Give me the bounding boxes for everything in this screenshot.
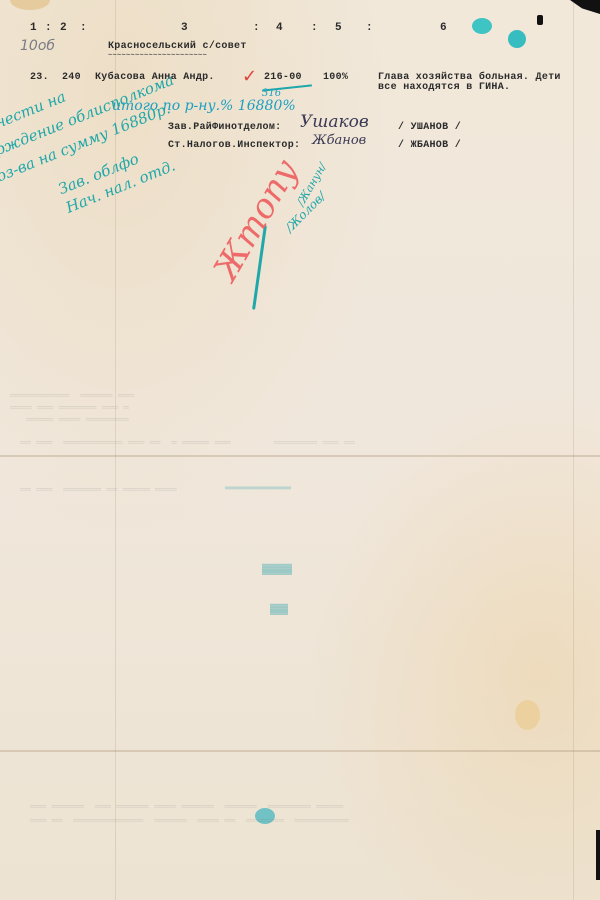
- ink-blot: [508, 30, 526, 48]
- entry-remark-line2: все находятся в ГИНА.: [378, 82, 510, 93]
- column-separator: :: [253, 22, 260, 34]
- fold-line-horizontal: [0, 455, 600, 457]
- bleed-through-text: ═══════════ ══════ ═══ ════ ═══ ═══════ …: [10, 390, 134, 426]
- entry-percent: 100%: [323, 72, 348, 83]
- column-number-1: 1: [30, 22, 37, 34]
- bleed-stamp: ▓▓▓: [270, 605, 288, 616]
- bleed-through-text: ═══ ══════ ═══ ══════ ════ ══════ ══════…: [30, 800, 349, 828]
- column-number-6: 6: [440, 22, 447, 34]
- entry-record-number: 240: [62, 72, 81, 83]
- signature-name-head: / УШАНОВ /: [398, 122, 461, 133]
- column-number-3: 3: [181, 22, 188, 34]
- column-separator: :: [366, 22, 373, 34]
- column-number-4: 4: [276, 22, 283, 34]
- column-separator: :: [45, 22, 52, 34]
- edge-shadow: [596, 830, 600, 880]
- ink-blot: [472, 18, 492, 34]
- bleed-stamp: ▓▓▓▓▓: [262, 565, 292, 576]
- column-separator: :: [311, 22, 318, 34]
- column-number-5: 5: [335, 22, 342, 34]
- corner-shadow: [570, 0, 600, 14]
- signature-name-inspector: / ЖБАНОВ /: [398, 140, 461, 151]
- bleed-stamp: ═══════════: [225, 484, 291, 495]
- fold-line-horizontal-2: [0, 750, 600, 752]
- page-number-pencil: 10об: [20, 38, 55, 54]
- section-title: Красносельский с/совет: [108, 41, 247, 52]
- bleed-through-text: ══ ═══ ═══════════ ═══ ══ ═ ═════ ═══ ══…: [20, 438, 355, 448]
- entry-row-number: 23.: [30, 72, 49, 83]
- column-separator: :: [80, 22, 87, 34]
- document-page: ═══════════ ══════ ═══ ════ ═══ ═══════ …: [0, 0, 600, 900]
- section-title-underline: ~~~~~~~~~~~~~~~~~~~~~~: [108, 52, 207, 60]
- stain: [10, 0, 50, 10]
- column-number-2: 2: [60, 22, 67, 34]
- fold-line-vertical-right: [573, 0, 574, 900]
- ink-mark: [537, 15, 543, 25]
- stain: [515, 700, 540, 730]
- bleed-through-text: ══ ═══ ═══════ ══ ═════ ════: [20, 485, 177, 495]
